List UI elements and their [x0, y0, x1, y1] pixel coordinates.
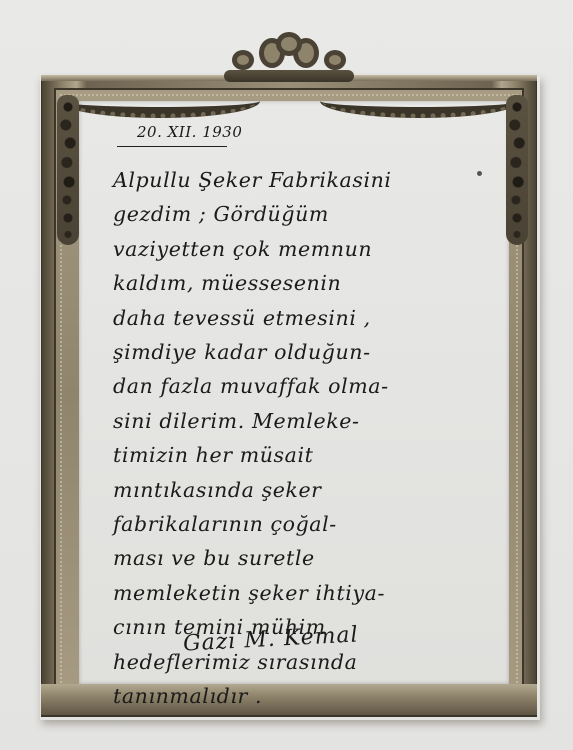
letter-line: kaldım, müessesenin [113, 266, 498, 300]
bow-ornament [214, 32, 364, 82]
bow-rosette-right [324, 50, 346, 70]
date-underline [117, 146, 227, 147]
letter-line: fabrikalarının çoğal- [113, 507, 498, 541]
letter-line: daha tevessü etmesini , [113, 301, 498, 335]
bow-knot [276, 32, 302, 56]
bow-base [224, 70, 354, 82]
letter-line: şimdiye kadar olduğun- [113, 335, 498, 369]
letter-date: 20. XII. 1930 [137, 123, 242, 141]
letter-line: timizin her müsait [113, 438, 498, 472]
letter-line: mıntıkasında şeker [113, 473, 498, 507]
letter-line: sini dilerim. Memleke- [113, 404, 498, 438]
letter-line: vaziyetten çok memnun [113, 232, 498, 266]
garland-side-left [57, 95, 79, 245]
letter-paper: 20. XII. 1930 Alpullu Şeker Fabrikasini … [79, 101, 509, 684]
letter-line: memleketin şeker ihtiya- [113, 576, 498, 610]
garland-texture-left [62, 84, 258, 118]
letter-line: Alpullu Şeker Fabrikasini [113, 163, 498, 197]
letter-line: dan fazla muvaffak olma- [113, 369, 498, 403]
bow-rosette-left [232, 50, 254, 70]
garland-side-right [506, 95, 528, 245]
garland-texture-right [322, 84, 518, 118]
letter-line: gezdim ; Gördüğüm [113, 197, 498, 231]
letter-line: tanınmalıdır . [113, 679, 498, 713]
ink-spot [477, 171, 482, 176]
letter-line: ması ve bu suretle [113, 541, 498, 575]
